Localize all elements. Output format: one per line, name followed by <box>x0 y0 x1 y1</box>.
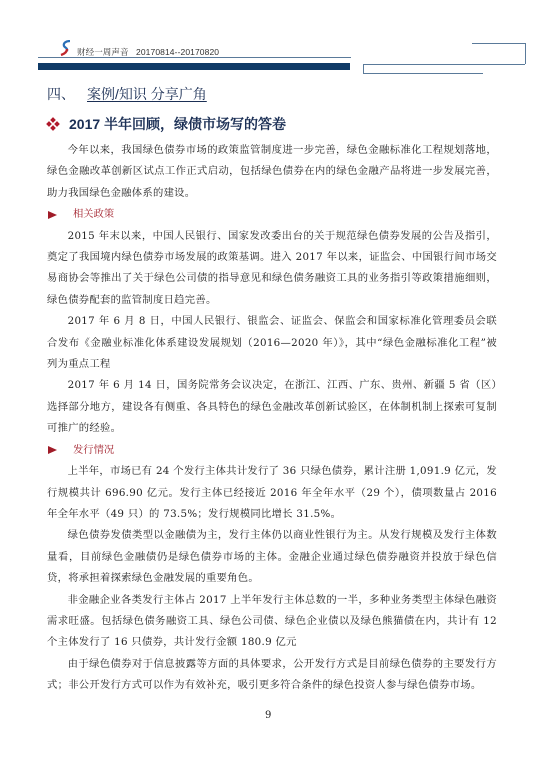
header-accent-bar <box>38 63 350 70</box>
header-decoration <box>363 73 483 74</box>
article-title: 2017 半年回顾，绿债市场写的答卷 <box>47 111 497 137</box>
page-header: 财经一周声音 20170814--20170820 <box>0 0 543 75</box>
paragraph: 2017 年 6 月 8 日，中国人民银行、银监会、证监会、保监会和国家标准化管… <box>47 311 497 375</box>
section-number: 四、 <box>47 86 75 102</box>
paragraph: 非金融企业各类发行主体占 2017 上半年发行主体总数的一半，多种业务类型主体绿… <box>47 590 497 654</box>
header-decoration <box>363 64 525 65</box>
article-title-text: 2017 半年回顾，绿债市场写的答卷 <box>69 111 286 137</box>
header-decoration <box>363 64 364 73</box>
subsection-heading-policy: 相关政策 <box>47 204 497 225</box>
intro-paragraph: 今年以来，我国绿色债券市场的政策监管制度进一步完善，绿色金融标准化工程规划落地，… <box>47 140 497 204</box>
subsection-title: 相关政策 <box>73 204 114 225</box>
page-number: 9 <box>265 710 271 721</box>
subsection-title: 发行情况 <box>73 440 114 461</box>
paragraph: 2017 年 6 月 14 日，国务院常务会议决定，在浙江、江西、广东、贵州、新… <box>47 375 497 439</box>
header-divider <box>38 57 351 58</box>
paragraph: 2015 年末以来，中国人民银行、国家发改委出台的关于规范绿色债券发展的公告及指… <box>47 226 497 312</box>
paragraph: 上半年，市场已有 24 个发行主体共计发行了 36 只绿色债券，累计注册 1,0… <box>47 461 497 525</box>
section-heading: 四、案例/知识 分享广角 <box>47 82 497 106</box>
paragraph: 绿色债券发债类型以金融债为主，发行主体仍以商业性银行为主。从发行规模及发行主体数… <box>47 525 497 589</box>
red-diamond-cluster-icon <box>47 118 59 130</box>
subsection-heading-issuance: 发行情况 <box>47 440 497 461</box>
red-arrow-icon <box>48 446 57 454</box>
paragraph: 由于绿色债券对于信息披露等方面的具体要求，公开发行方式是目前绿色债券的主要发行方… <box>47 654 497 697</box>
date-range: 20170814--20170820 <box>136 47 219 57</box>
publication-logo-icon <box>60 40 72 56</box>
page-content: 四、案例/知识 分享广角 2017 半年回顾，绿债市场写的答卷 今年以来，我国绿… <box>47 78 497 697</box>
header-decoration <box>472 43 526 64</box>
publication-name: 财经一周声音 <box>77 47 129 57</box>
section-title: 案例/知识 分享广角 <box>87 86 207 102</box>
red-arrow-icon <box>48 211 57 219</box>
